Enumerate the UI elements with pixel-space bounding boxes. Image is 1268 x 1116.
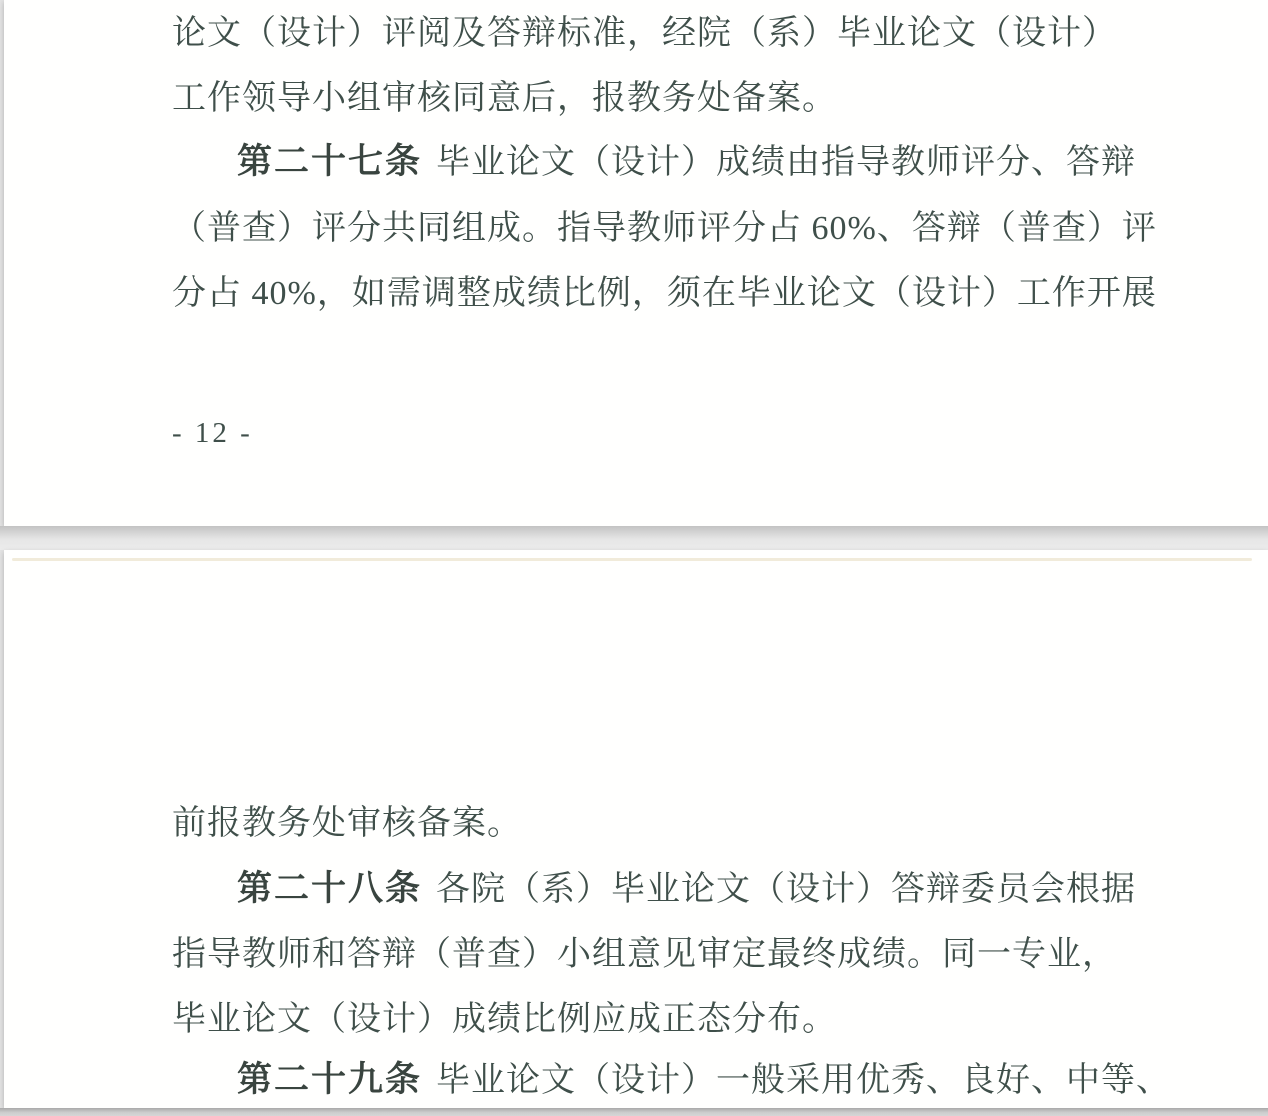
page-1: 论文（设计）评阅及答辩标准，经院（系）毕业论文（设计） 工作领导小组审核同意后，… (4, 0, 1268, 526)
article-number: 第二十八条 (237, 869, 422, 908)
scan-edge-artifact (12, 558, 1252, 561)
line-text: 毕业论文（设计）成绩由指导教师评分、答辩 (436, 144, 1136, 181)
text-line: 第二十八条各院（系）毕业论文（设计）答辩委员会根据 (237, 869, 1136, 910)
line-text: 前报教务处审核备案。 (172, 805, 522, 842)
line-text: 各院（系）毕业论文（设计）答辩委员会根据 (436, 871, 1136, 908)
text-line: 毕业论文（设计）成绩比例应成正态分布。 (172, 1000, 837, 1040)
line-text: 毕业论文（设计）一般采用优秀、良好、中等、 (436, 1062, 1171, 1099)
page-number: - 12 - (172, 416, 253, 450)
line-text: 分占 40%，如需调整成绩比例，须在毕业论文（设计）工作开展 (172, 275, 1157, 312)
text-line: 前报教务处审核备案。 (172, 804, 522, 844)
line-text: 指导教师和答辩（普查）小组意见审定最终成绩。同一专业， (172, 936, 1117, 973)
text-line: 工作领导小组审核同意后，报教务处备案。 (172, 79, 837, 119)
page-gap (0, 526, 1268, 550)
text-line: 第二十九条毕业论文（设计）一般采用优秀、良好、中等、 (237, 1060, 1171, 1101)
page-gap-bottom (0, 1108, 1268, 1116)
line-text: 论文（设计）评阅及答辩标准，经院（系）毕业论文（设计） (172, 15, 1117, 52)
text-line: 分占 40%，如需调整成绩比例，须在毕业论文（设计）工作开展 (172, 274, 1157, 314)
text-line: 指导教师和答辩（普查）小组意见审定最终成绩。同一专业， (172, 935, 1117, 975)
article-number: 第二十九条 (237, 1060, 422, 1099)
line-text: 毕业论文（设计）成绩比例应成正态分布。 (172, 1001, 837, 1038)
line-text: 工作领导小组审核同意后，报教务处备案。 (172, 80, 837, 117)
page-2: 前报教务处审核备案。 第二十八条各院（系）毕业论文（设计）答辩委员会根据 指导教… (4, 550, 1268, 1108)
article-number: 第二十七条 (237, 142, 422, 181)
text-line: （普查）评分共同组成。指导教师评分占 60%、答辩（普查）评 (172, 209, 1157, 249)
line-text: （普查）评分共同组成。指导教师评分占 60%、答辩（普查）评 (172, 210, 1157, 247)
text-line: 第二十七条毕业论文（设计）成绩由指导教师评分、答辩 (237, 142, 1136, 183)
text-line: 论文（设计）评阅及答辩标准，经院（系）毕业论文（设计） (172, 14, 1117, 54)
